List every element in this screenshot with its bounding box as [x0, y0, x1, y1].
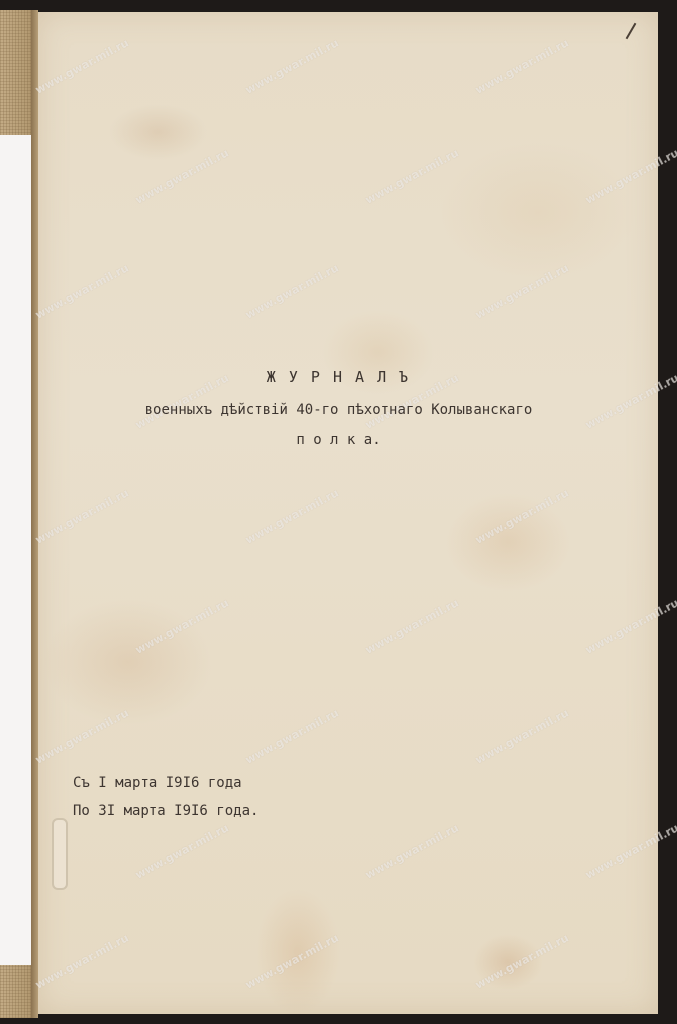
- document-page: [38, 12, 658, 1014]
- document-title: Ж У Р Н А Л Ъ: [0, 368, 677, 386]
- date-to: По 3I марта I9I6 года.: [73, 803, 258, 819]
- staple-hole: [52, 818, 68, 890]
- document-subtitle-line2: п о л к а.: [0, 432, 677, 448]
- spine-label-strip: [0, 135, 32, 965]
- date-from: Съ I марта I9I6 года: [73, 775, 242, 791]
- document-subtitle-line1: военныхъ дѣйствій 40-го пѣхотнаго Колыва…: [0, 402, 677, 418]
- spine-edge: [31, 10, 38, 1018]
